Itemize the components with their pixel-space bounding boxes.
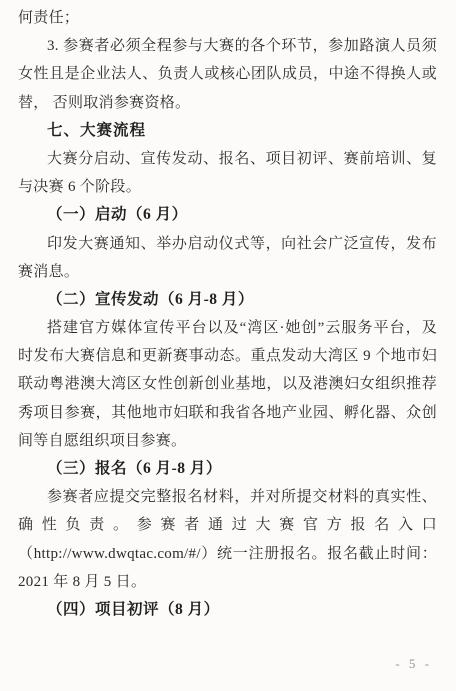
document-page: 何责任； 3. 参赛者必须全程参与大赛的各个环节，参加路演人员须为 女性且是企业… (18, 4, 437, 624)
text-line: 秀项目参赛，其他地市妇联和我省各地产业园、孵化器、众创空 (18, 399, 437, 427)
text-line: 何责任； (18, 4, 437, 32)
text-line: 印发大赛通知、举办启动仪式等，向社会广泛宣传，发布大 (18, 230, 437, 258)
page-number: - 5 - (395, 656, 432, 672)
text-line: 联动粤港澳大湾区女性创新创业基地，以及港澳妇女组织推荐优 (18, 370, 437, 398)
text-line: 大赛分启动、宣传发动、报名、项目初评、赛前培训、复赛 (18, 145, 437, 173)
subsection-heading-launch: （一）启动（6 月） (18, 201, 437, 229)
text-line: 时发布大赛信息和更新赛事动态。重点发动大湾区 9 个地市妇联 (18, 342, 437, 370)
text-line: 间等自愿组织项目参赛。 (18, 427, 437, 455)
text-line: 替， 否则取消参赛资格。 (18, 89, 437, 117)
text-line: 与决赛 6 个阶段。 (18, 173, 437, 201)
subsection-heading-preliminary-review: （四）项目初评（8 月） (18, 596, 437, 624)
text-line: 2021 年 8 月 5 日。 (18, 568, 437, 596)
text-line: 3. 参赛者必须全程参与大赛的各个环节，参加路演人员须为 (18, 32, 437, 60)
section-heading-contest-process: 七、大赛流程 (18, 117, 437, 145)
text-line: 参赛者应提交完整报名材料，并对所提交材料的真实性、准 (18, 483, 437, 511)
text-line: 确性负责。参赛者通过大赛官方报名入口 (18, 511, 437, 539)
text-line-registration-url: （http://www.dwqtac.com/#/）统一注册报名。报名截止时间： (18, 540, 437, 568)
text-line: 赛消息。 (18, 258, 437, 286)
subsection-heading-publicity: （二）宣传发动（6 月-8 月） (18, 286, 437, 314)
text-line: 搭建官方媒体宣传平台以及“湾区·她创”云服务平台，及 (18, 314, 437, 342)
subsection-heading-registration: （三）报名（6 月-8 月） (18, 455, 437, 483)
text-line: 女性且是企业法人、负责人或核心团队成员，中途不得换人或顶 (18, 60, 437, 88)
